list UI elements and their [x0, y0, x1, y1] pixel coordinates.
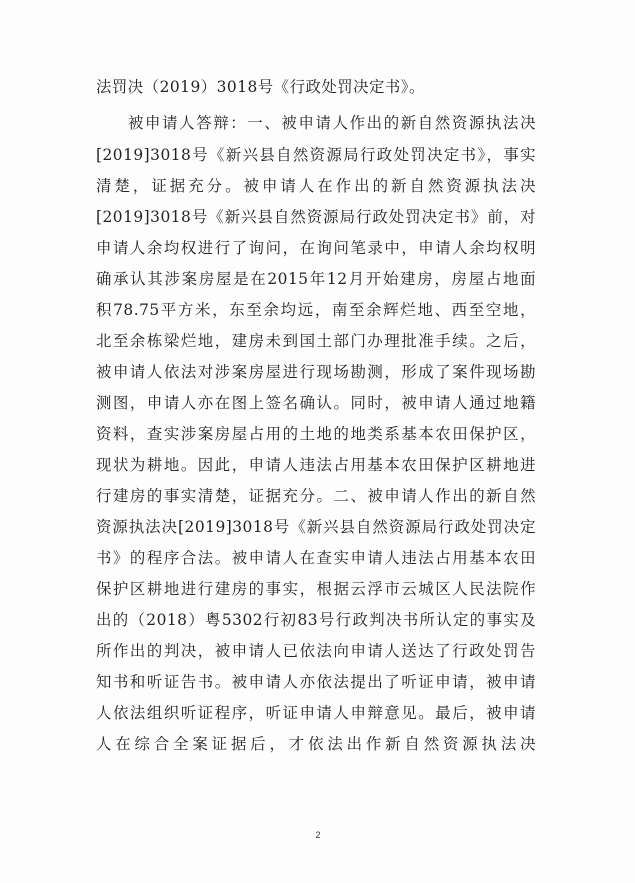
text-line: 出的（2018）粤5302行初83号行政判决书所认定的事实及 [96, 605, 536, 636]
text-line: 现状为耕地。因此，申请人违法占用基本农田保护区耕地进 [96, 450, 536, 481]
text-line: 知书和听证告书。被申请人亦依法提出了听证申请，被申请 [96, 667, 536, 698]
text-line: 书》的程序合法。被申请人在查实申请人违法占用基本农田 [96, 543, 536, 574]
text-line: [2019]3018号《新兴县自然资源局行政处罚决定书》前，对 [96, 202, 536, 233]
text-line: 北至余栋梁烂地，建房未到国土部门办理批准手续。之后， [96, 326, 536, 357]
text-line: 所作出的判决，被申请人已依法向申请人送达了行政处罚告 [96, 636, 536, 667]
document-page: 法罚决（2019）3018号《行政处罚决定书》。 被申请人答辩：一、被申请人作出… [0, 0, 635, 883]
text-line: [2019]3018号《新兴县自然资源局行政处罚决定书》，事实 [96, 140, 536, 171]
text-line: 法罚决（2019）3018号《行政处罚决定书》。 [96, 72, 536, 103]
text-line: 测图，申请人亦在图上签名确认。同时，被申请人通过地籍 [96, 388, 536, 419]
text-line: 被申请人依法对涉案房屋进行现场勘测，形成了案件现场勘 [96, 357, 536, 388]
text-line: 人在综合全案证据后，才依法出作新自然资源执法决 [96, 729, 536, 760]
text-line: 积78.75平方米，东至余均远，南至余辉烂地、西至空地， [96, 295, 536, 326]
text-line: 人依法组织听证程序，听证申请人申辩意见。最后，被申请 [96, 698, 536, 729]
text-line: 资源执法决[2019]3018号《新兴县自然资源局行政处罚决定 [96, 512, 536, 543]
text-line: 清楚，证据充分。被申请人在作出的新自然资源执法决 [96, 171, 536, 202]
paragraph-start-line: 被申请人答辩：一、被申请人作出的新自然资源执法决 [128, 108, 536, 139]
page-number: 2 [312, 830, 324, 840]
text-line: 资料，查实涉案房屋占用的土地的地类系基本农田保护区， [96, 419, 536, 450]
text-line: 申请人余均权进行了询问，在询问笔录中，申请人余均权明 [96, 233, 536, 264]
text-line: 保护区耕地进行建房的事实，根据云浮市云城区人民法院作 [96, 574, 536, 605]
text-line: 确承认其涉案房屋是在2015年12月开始建房，房屋占地面 [96, 264, 536, 295]
text-line: 行建房的事实清楚，证据充分。二、被申请人作出的新自然 [96, 481, 536, 512]
